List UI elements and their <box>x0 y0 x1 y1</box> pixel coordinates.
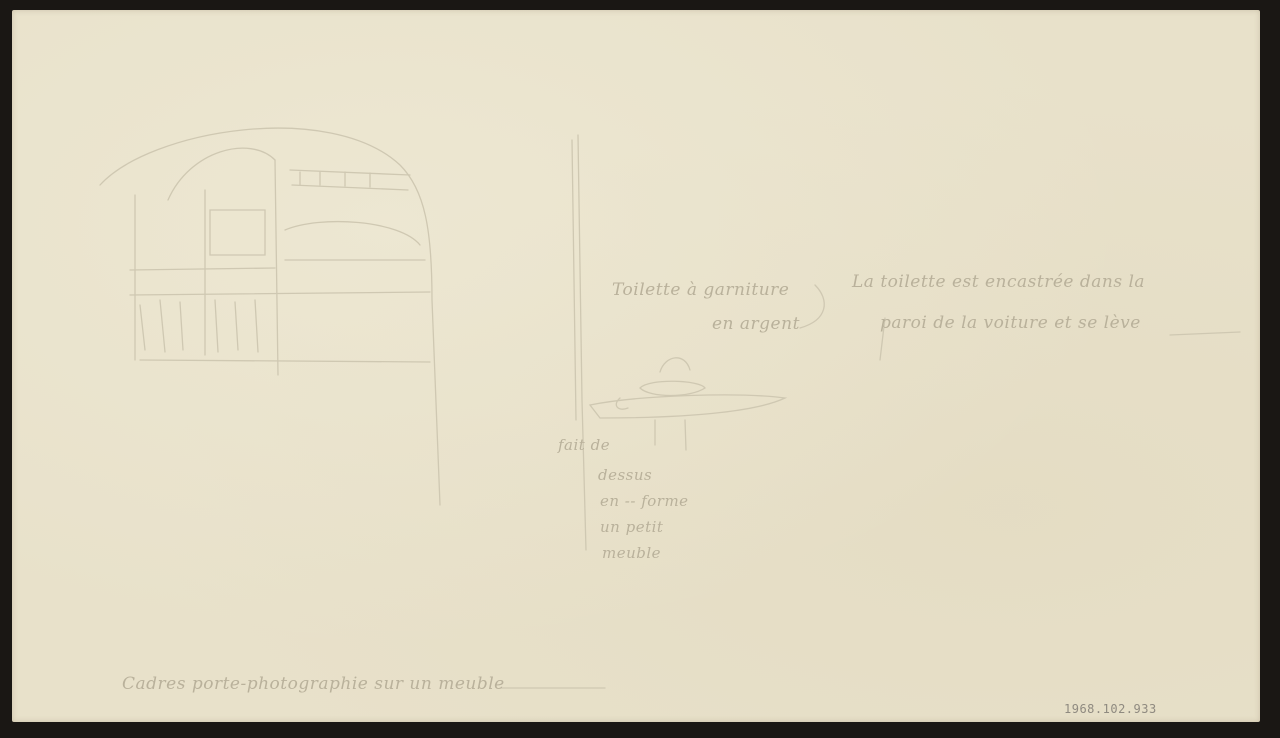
paper-sheet <box>12 10 1260 722</box>
side-note-line-3: en -- forme <box>600 492 689 510</box>
accession-number: 1968.102.933 <box>1064 702 1157 716</box>
side-note-line-5: meuble <box>602 544 661 562</box>
toilette-description-line1: La toilette est encastrée dans la <box>852 272 1145 292</box>
toilette-description-line2: paroi de la voiture et se lève <box>880 313 1141 333</box>
bottom-caption: Cadres porte-photographie sur un meuble <box>122 674 505 694</box>
side-note-line-4: un petit <box>600 518 663 536</box>
toilette-label-line1: Toilette à garniture <box>612 280 789 300</box>
side-note-line-2: dessus <box>598 466 652 484</box>
side-note-line-1: fait de <box>558 436 610 454</box>
toilette-label-line2: en argent <box>712 314 800 334</box>
